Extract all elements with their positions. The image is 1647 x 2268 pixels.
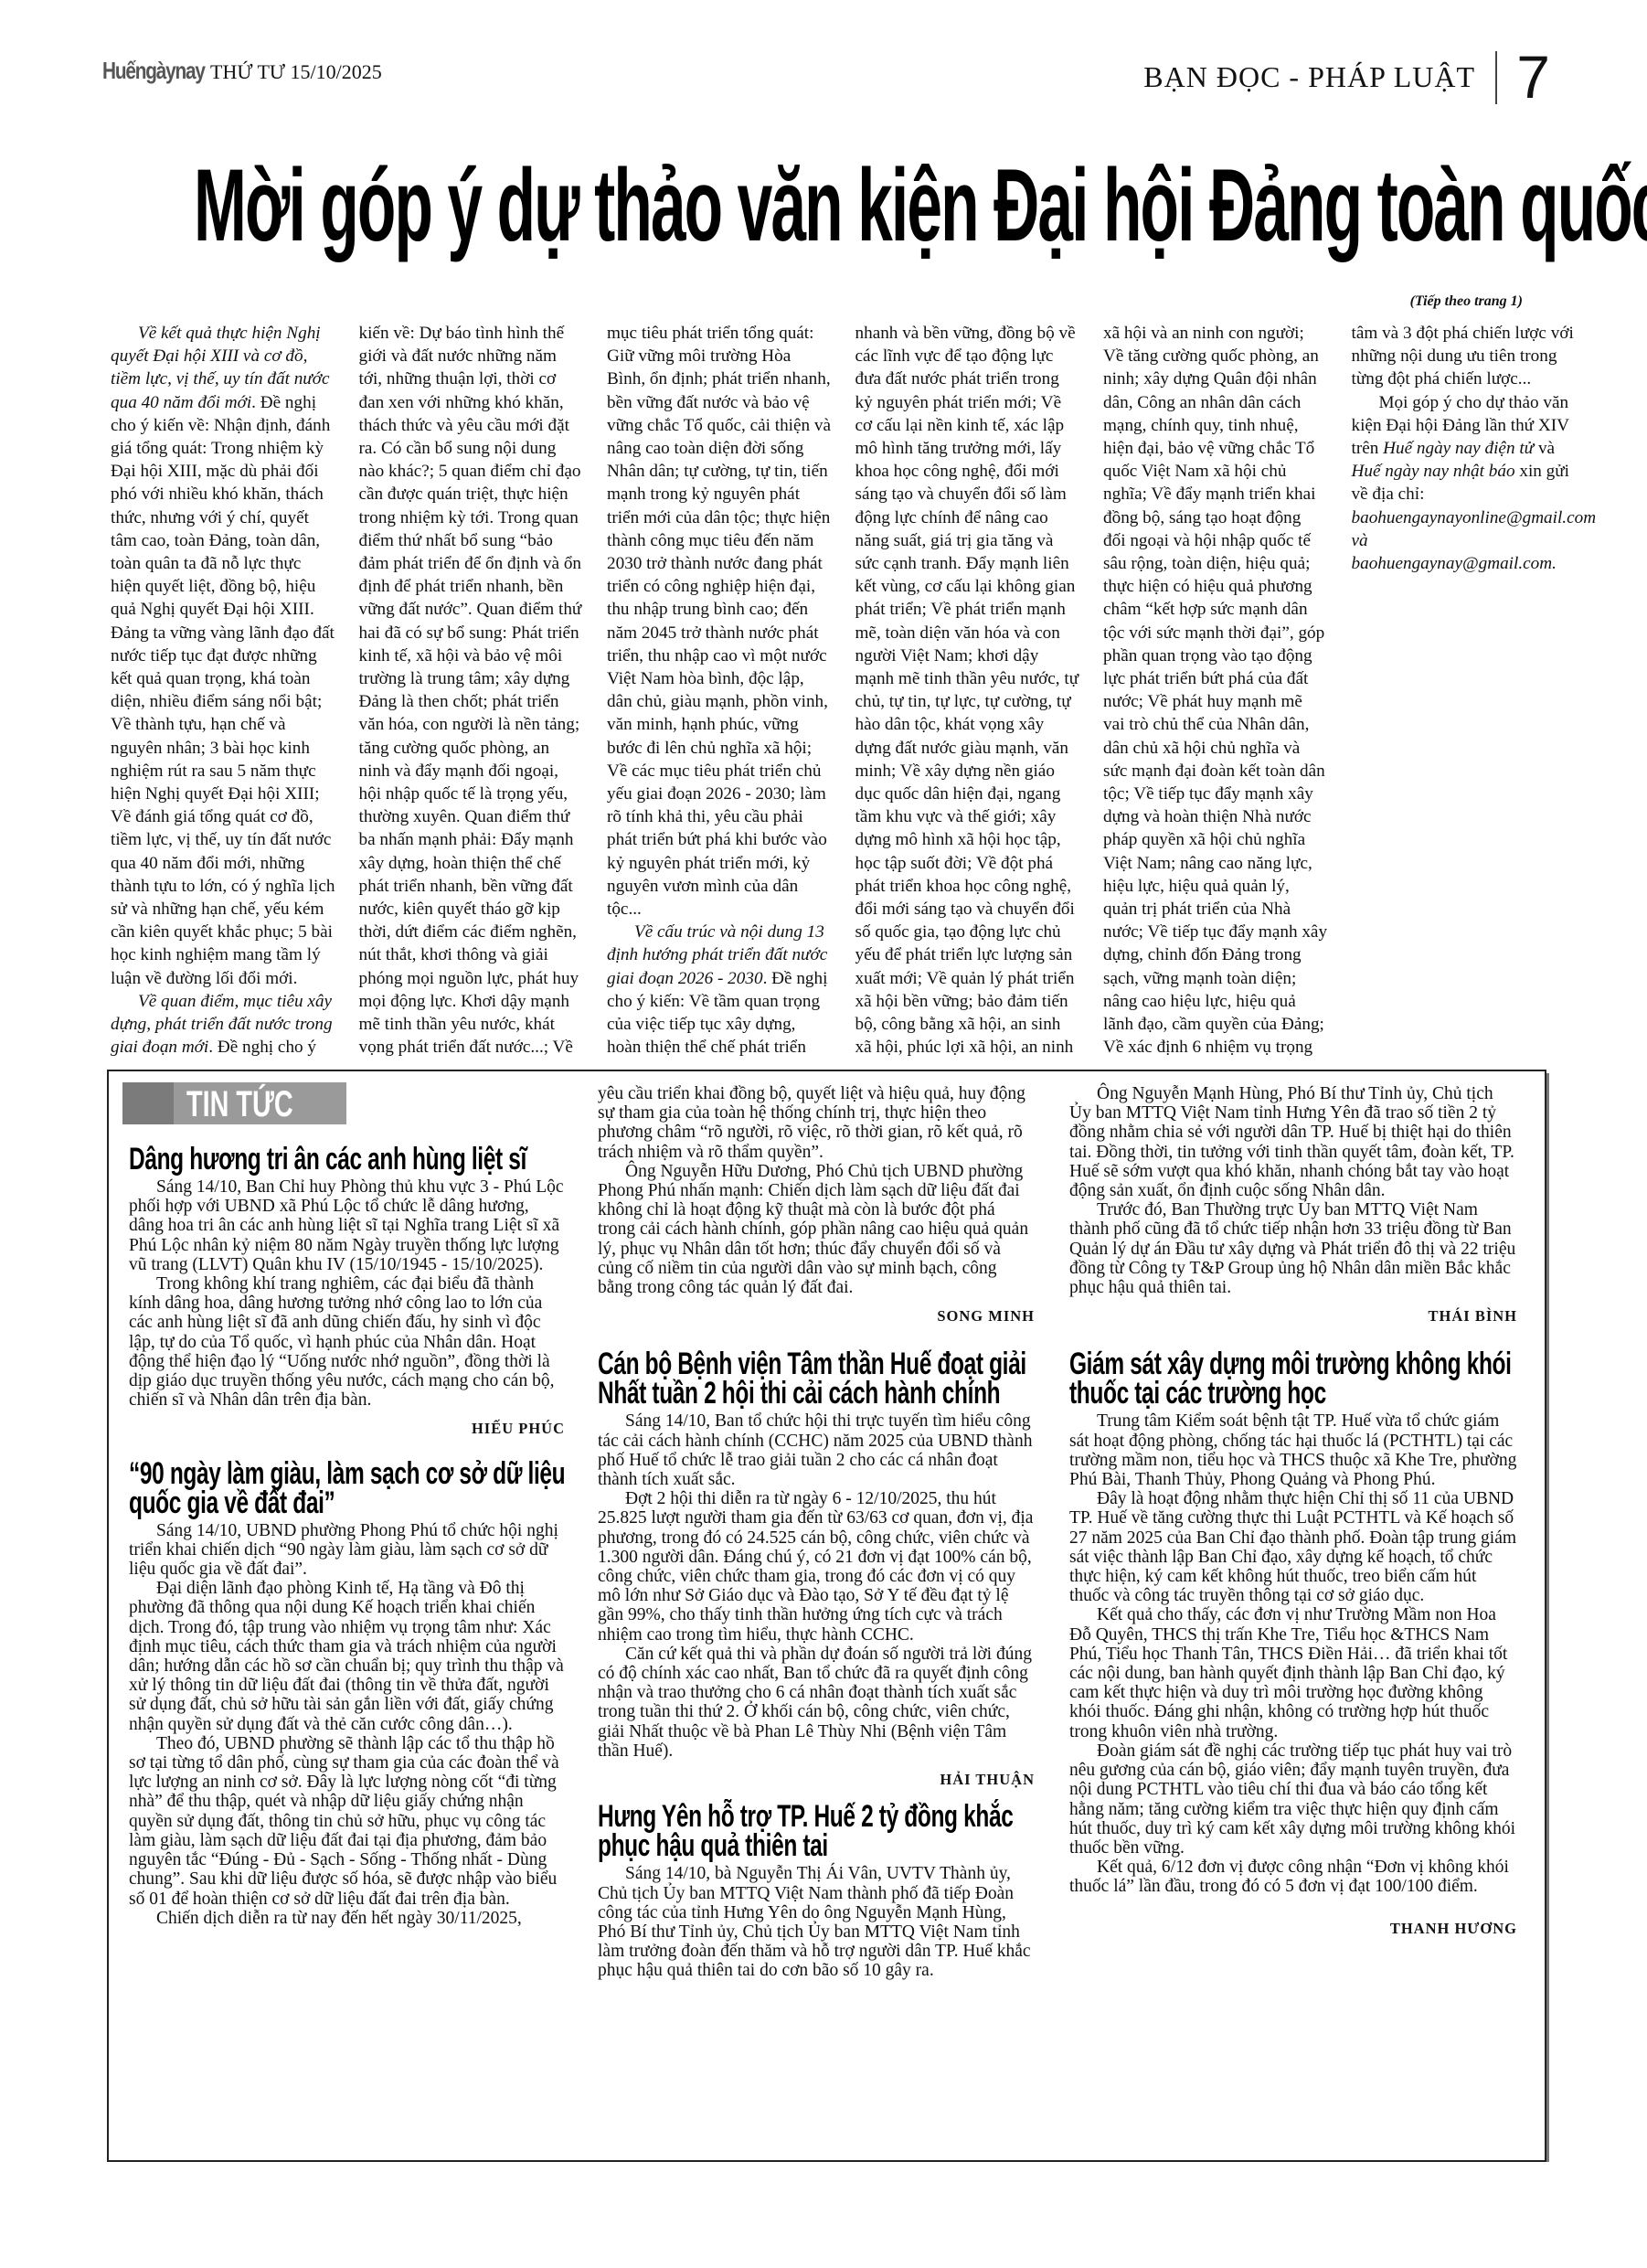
news-paragraph: Ông Nguyễn Mạnh Hùng, Phó Bí thư Tỉnh ủy… <box>1069 1084 1517 1200</box>
news-paragraph: Sáng 14/10, Ban tổ chức hội thi trực tuy… <box>598 1411 1035 1489</box>
news-paragraph: Đợt 2 hội thi diễn ra từ ngày 6 - 12/10/… <box>598 1489 1035 1645</box>
news-paragraph: Theo đó, UBND phường sẽ thành lập các tổ… <box>129 1734 565 1909</box>
news-column-1: Dâng hương tri ân các anh hùng liệt sĩ S… <box>129 1145 565 1928</box>
news-paragraph: Sáng 14/10, UBND phường Phong Phú tổ chứ… <box>129 1521 565 1580</box>
news-headline: Dâng hương tri ân các anh hùng liệt sĩ <box>129 1145 568 1174</box>
news-headline: Giám sát xây dựng môi trường không khói … <box>1069 1349 1521 1408</box>
news-tag-label: TIN TỨC <box>186 1084 293 1125</box>
contact-emails: baohuengaynayonline@gmail.com và baohuen… <box>1352 508 1597 573</box>
article-paragraph: Về kết quả thực hiện Nghị quyết Đại hội … <box>111 322 335 990</box>
main-headline: Mời góp ý dự thảo văn kiện Đại hội Đảng … <box>194 151 1038 261</box>
section-title: BẠN ĐỌC - PHÁP LUẬT <box>1143 60 1475 94</box>
news-paragraph: Sáng 14/10, Ban Chỉ huy Phòng thủ khu vự… <box>129 1177 565 1274</box>
tag-accent <box>122 1082 174 1124</box>
news-paragraph: Căn cứ kết quả thi và phần dự đoán số ng… <box>598 1645 1035 1761</box>
news-byline: SONG MINH <box>598 1306 1035 1326</box>
news-column-3: Ông Nguyễn Mạnh Hùng, Phó Bí thư Tỉnh ủy… <box>1069 1084 1517 1938</box>
news-byline: THÁI BÌNH <box>1069 1306 1517 1326</box>
news-paragraph: Trong không khí trang nghiêm, các đại bi… <box>129 1274 565 1410</box>
news-paragraph: Kết quả cho thấy, các đơn vị như Trường … <box>1069 1605 1517 1741</box>
news-byline: HIẾU PHÚC <box>129 1419 565 1438</box>
masthead: Huếngàynay THỨ TƯ 15/10/2025 BẠN ĐỌC - P… <box>102 51 1583 106</box>
continued-from-note: (Tiếp theo trang 1) <box>1410 293 1523 310</box>
publication-name: Huế ngày nay điện tử <box>1383 439 1534 458</box>
paragraph-body: . Đề nghị cho ý kiến về: Nhận định, đánh… <box>111 393 335 988</box>
news-paragraph: Chiến dịch diễn ra từ nay đến hết ngày 3… <box>129 1909 565 1928</box>
news-byline: THANH HƯƠNG <box>1069 1919 1517 1938</box>
main-article-body: Về kết quả thực hiện Nghị quyết Đại hội … <box>111 322 1576 1062</box>
news-column-2: yêu cầu triển khai đồng bộ, quyết liệt v… <box>598 1084 1035 1981</box>
header-divider <box>1495 51 1497 104</box>
news-headline: “90 ngày làm giàu, làm sạch cơ sở dữ liệ… <box>129 1459 568 1517</box>
news-paragraph: Ông Nguyễn Hữu Dương, Phó Chủ tịch UBND … <box>598 1162 1035 1297</box>
news-paragraph: Đại diện lãnh đạo phòng Kinh tế, Hạ tầng… <box>129 1579 565 1734</box>
news-headline: Cán bộ Bệnh viện Tâm thần Huế đoạt giải … <box>598 1349 1038 1408</box>
news-paragraph: Trước đó, Ban Thường trực Ủy ban MTTQ Vi… <box>1069 1200 1517 1297</box>
page-number: 7 <box>1516 42 1550 112</box>
news-headline: Hưng Yên hỗ trợ TP. Huế 2 tỷ đồng khắc p… <box>598 1802 1038 1860</box>
news-paragraph: Kết quả, 6/12 đơn vị được công nhận “Đơn… <box>1069 1858 1517 1896</box>
publication-date: THỨ TƯ 15/10/2025 <box>210 60 382 84</box>
news-paragraph: Đây là hoạt động nhằm thực hiện Chỉ thị … <box>1069 1489 1517 1605</box>
news-byline: HẢI THUẬN <box>598 1770 1035 1789</box>
news-paragraph: yêu cầu triển khai đồng bộ, quyết liệt v… <box>598 1084 1035 1162</box>
contact-text: và <box>1534 439 1555 458</box>
news-paragraph: Sáng 14/10, bà Nguyễn Thị Ái Vân, UVTV T… <box>598 1864 1035 1980</box>
publication-name: Huế ngày nay nhật báo <box>1352 462 1515 481</box>
news-section-tag: TIN TỨC <box>122 1082 346 1124</box>
news-section: TIN TỨC Dâng hương tri ân các anh hùng l… <box>107 1070 1546 2162</box>
news-paragraph: Đoàn giám sát đề nghị các trường tiếp tụ… <box>1069 1741 1517 1858</box>
newspaper-logo: Huếngàynay <box>102 57 205 85</box>
news-paragraph: Trung tâm Kiểm soát bệnh tật TP. Huế vừa… <box>1069 1411 1517 1489</box>
contact-paragraph: Mọi góp ý cho dự thảo văn kiện Đại hội Đ… <box>1352 391 1577 576</box>
